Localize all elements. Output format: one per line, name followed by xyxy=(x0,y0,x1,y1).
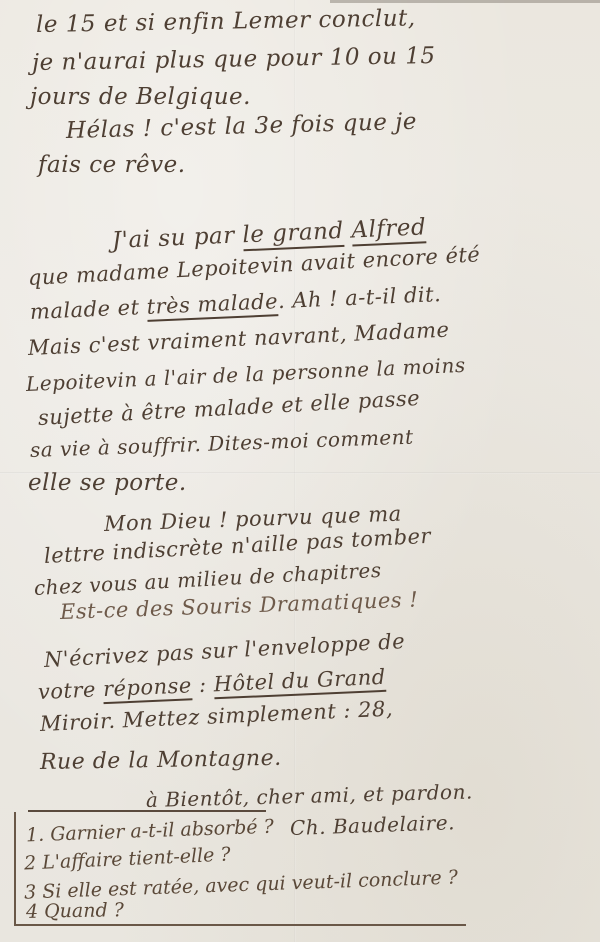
letter-line: jours de Belgique. xyxy=(30,84,251,110)
letter-line: sa vie à souffrir. Dites-moi comment xyxy=(30,425,414,462)
paper-top-edge xyxy=(330,0,600,3)
letter-line: votre réponse : Hôtel du Grand xyxy=(37,665,386,704)
underlined-text: le grand xyxy=(242,218,344,251)
letter-line: Hélas ! c'est la 3e fois que je xyxy=(66,109,418,144)
letter-line: malade et très malade. Ah ! a-t-il dit. xyxy=(29,282,441,324)
letter-page: le 15 et si enfin Lemer conclut, je n'au… xyxy=(0,0,600,942)
text-segment: votre xyxy=(37,677,103,704)
underlined-text: Hôtel du Grand xyxy=(213,665,386,699)
letter-line: Mais c'est vraiment navrant, Madame xyxy=(27,318,449,360)
letter-line: je n'aurai plus que pour 10 ou 15 xyxy=(32,43,436,76)
underlined-text: Alfred xyxy=(351,214,427,246)
text-segment: malade et xyxy=(29,295,147,324)
postscript-item: 4 Quand ? xyxy=(26,899,124,923)
underlined-text: très malade xyxy=(146,289,278,322)
closing-line: à Bientôt, cher ami, et pardon. xyxy=(146,779,473,812)
letter-line: Rue de la Montagne. xyxy=(40,746,282,775)
letter-line: le 15 et si enfin Lemer conclut, xyxy=(36,5,416,38)
text-segment: : xyxy=(191,672,214,697)
letter-line: Miroir. Mettez simplement : 28, xyxy=(39,697,393,736)
underlined-text: réponse xyxy=(103,673,193,704)
text-segment: J'ai su par xyxy=(111,222,243,254)
letter-line: fais ce rêve. xyxy=(38,152,186,178)
letter-line: elle se porte. xyxy=(28,470,187,496)
text-segment: . Ah ! a-t-il dit. xyxy=(277,282,441,313)
